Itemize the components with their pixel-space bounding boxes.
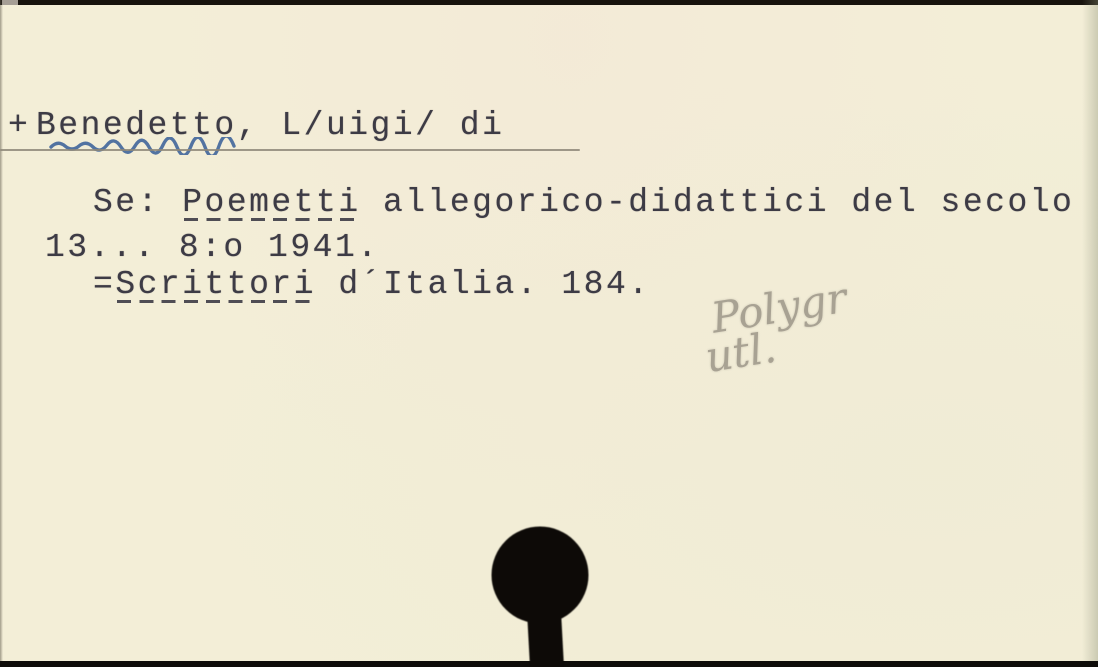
title-rest: allegorico-didattici del secolo [361,184,1075,221]
top-edge-shadow [0,0,1098,5]
left-edge-shadow [0,0,3,667]
series-underlined: Scrittori [115,264,316,306]
punch-hole [480,515,610,667]
series-rest: d´Italia. 184. [316,266,651,303]
see-label: Se: [93,184,182,221]
series-equals-mark: = [93,266,115,303]
right-edge-shadow [1082,0,1098,667]
heading-underline [0,149,580,151]
top-edge-highlight [2,0,18,5]
reference-line-3: =Scrittori d´Italia. 184. [93,264,651,306]
reference-line-1: Se: Poemetti allegorico-didattici del se… [93,182,1074,224]
title-underlined: Poemetti [182,182,360,224]
pencil-annotation: Polygr utl. [696,275,855,381]
catalog-card: + Benedetto, L/uigi/ di Se: Poemetti all… [0,0,1098,667]
reference-line-2: 13... 8:o 1941. [45,227,380,269]
blue-wavy-underline [48,137,240,155]
heading-plus-mark: + [8,105,30,147]
